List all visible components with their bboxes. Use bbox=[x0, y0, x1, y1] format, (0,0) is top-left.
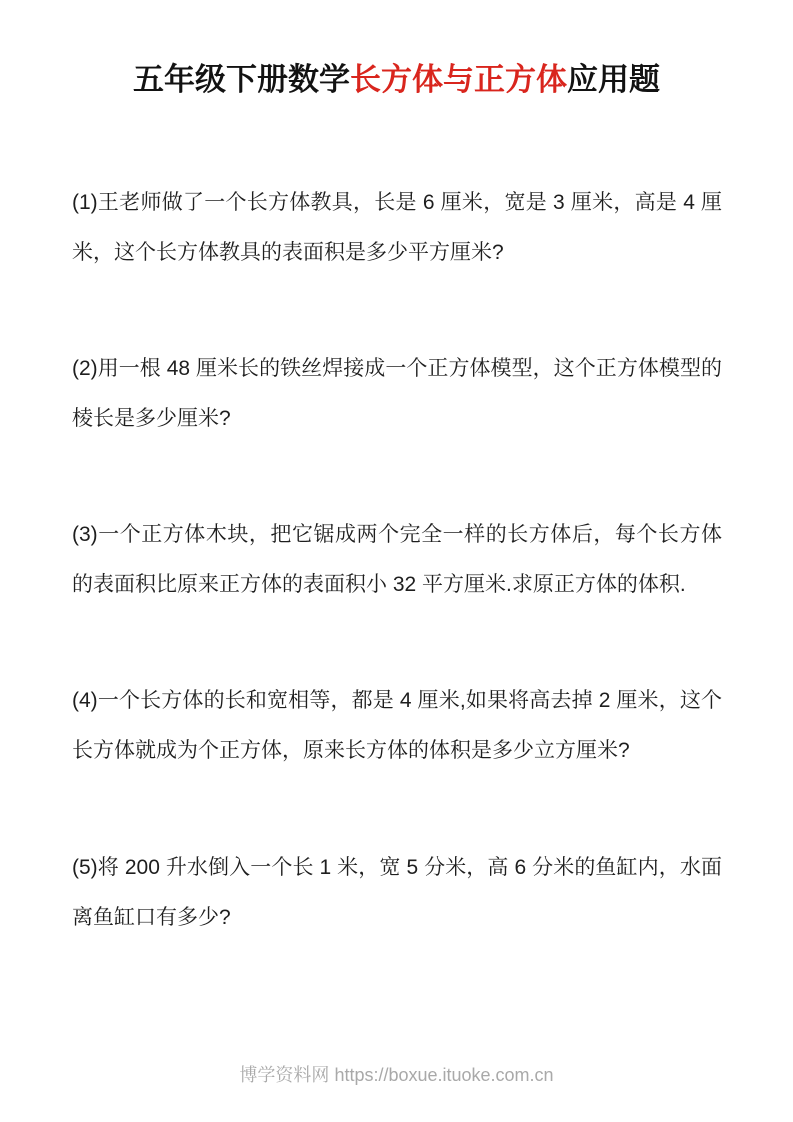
title-prefix: 五年级下册数学 bbox=[133, 62, 350, 97]
footer-watermark: 博学资料网 https://boxue.ituoke.com.cn bbox=[0, 1063, 793, 1087]
question-1: (1)王老师做了一个长方体教具，长是 6 厘米，宽是 3 厘米，高是 4 厘米，… bbox=[72, 178, 722, 278]
question-3: (3)一个正方体木块，把它锯成两个完全一样的长方体后，每个长方体的表面积比原来正… bbox=[72, 510, 722, 610]
title-highlight: 长方体与正方体 bbox=[350, 62, 567, 97]
footer-site-name: 博学资料网 bbox=[239, 1065, 329, 1085]
title-suffix: 应用题 bbox=[567, 62, 660, 97]
page-title: 五年级下册数学长方体与正方体应用题 bbox=[0, 60, 793, 100]
question-4: (4)一个长方体的长和宽相等，都是 4 厘米,如果将高去掉 2 厘米，这个长方体… bbox=[72, 676, 722, 776]
question-2: (2)用一根 48 厘米长的铁丝焊接成一个正方体模型，这个正方体模型的棱长是多少… bbox=[72, 344, 722, 444]
question-5: (5)将 200 升水倒入一个长 1 米，宽 5 分米，高 6 分米的鱼缸内，水… bbox=[72, 843, 722, 943]
worksheet-page: 五年级下册数学长方体与正方体应用题 (1)王老师做了一个长方体教具，长是 6 厘… bbox=[0, 0, 793, 1122]
footer-url: https://boxue.ituoke.com.cn bbox=[334, 1065, 553, 1085]
